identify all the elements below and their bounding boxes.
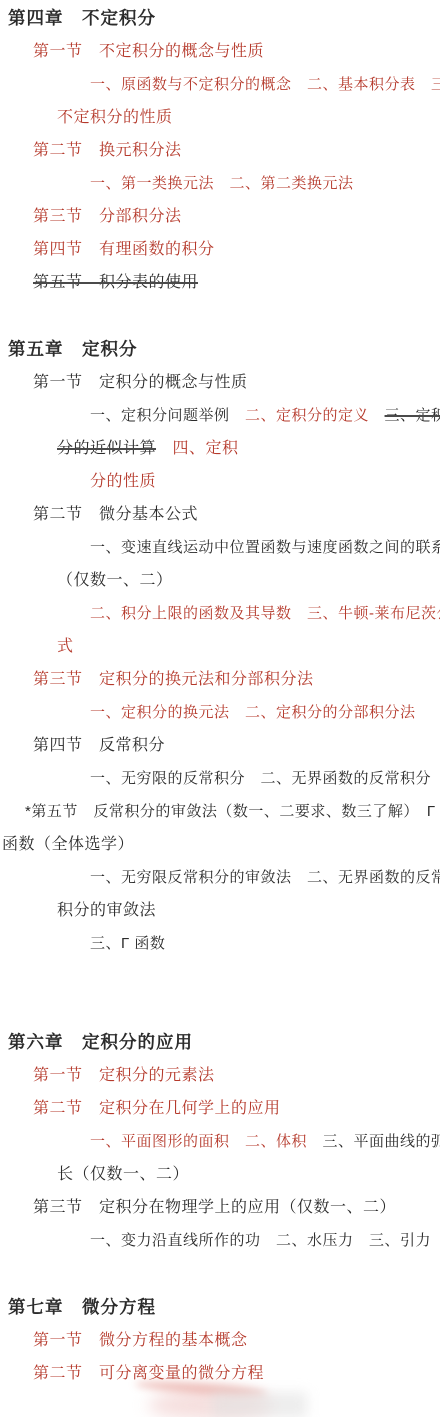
text-segment: 第二节 定积分在几何学上的应用	[33, 1100, 281, 1117]
text-segment: 第四节 反常积分	[33, 737, 165, 754]
text-segment: 积分的审敛法	[57, 902, 156, 919]
toc-line: 一、第一类换元法 二、第二类换元法	[0, 167, 440, 200]
text-segment: 第五节 积分表的使用	[33, 274, 198, 291]
text-segment: 四、定积	[156, 440, 239, 457]
toc-line: *第五节 反常积分的审敛法（数一、二要求、数三了解） Γ	[0, 795, 440, 828]
text-segment: 不定积分的性质	[57, 109, 173, 126]
text-segment: *第五节 反常积分的审敛法（数一、二要求、数三了解） Γ	[25, 803, 436, 820]
text-segment: 一、第一类换元法 二、第二类换元法	[90, 175, 354, 192]
toc-line: 函数（全体选学）	[0, 828, 440, 861]
toc-line: 第五节 积分表的使用	[0, 266, 440, 299]
text-segment: 三、定积	[385, 407, 440, 424]
toc-line: 一、无穷限反常积分的审敛法 二、无界函数的反常	[0, 861, 440, 894]
text-segment: 一、平面图形的面积 二、体积	[90, 1133, 307, 1150]
toc-line: （仅数一、二）	[0, 564, 440, 597]
toc-line: 第一节 定积分的元素法	[0, 1059, 440, 1092]
text-segment: 三、Γ 函数	[90, 935, 165, 952]
toc-line: 第二节 可分离变量的微分方程	[0, 1357, 440, 1390]
text-segment: 三、平面曲线的弧	[307, 1133, 440, 1150]
chapter-heading: 第七章 微分方程	[0, 1291, 440, 1324]
text-segment: （仅数一、二）	[57, 572, 173, 589]
text-segment: 第三节 分部积分法	[33, 208, 182, 225]
text-segment: 第七章 微分方程	[8, 1297, 156, 1317]
chapter-heading: 第五章 定积分	[0, 333, 440, 366]
toc-line: 第三节 定积分的换元法和分部积分法	[0, 663, 440, 696]
chapter-heading: 第四章 不定积分	[0, 2, 440, 35]
toc-line: 第一节 不定积分的概念与性质	[0, 35, 440, 68]
toc-line: 一、变速直线运动中位置函数与速度函数之间的联系	[0, 531, 440, 564]
text-segment: 长（仅数一、二）	[57, 1166, 189, 1183]
toc-line: 三、Γ 函数	[0, 927, 440, 960]
toc-line: 一、定积分的换元法 二、定积分的分部积分法	[0, 696, 440, 729]
toc-line: 第二节 微分基本公式	[0, 498, 440, 531]
text-segment: 第四章 不定积分	[8, 8, 156, 28]
toc-line: 第四节 反常积分	[0, 729, 440, 762]
toc-line: 一、无穷限的反常积分 二、无界函数的反常积分	[0, 762, 440, 795]
text-segment: 一、变力沿直线所作的功 二、水压力 三、引力	[90, 1232, 431, 1249]
toc-line: 长（仅数一、二）	[0, 1158, 440, 1191]
toc-line: 不定积分的性质	[0, 101, 440, 134]
text-segment: 第三节 定积分在物理学上的应用（仅数一、二）	[33, 1199, 396, 1216]
toc-line: 第一节 定积分的概念与性质	[0, 366, 440, 399]
text-segment: 第三节 定积分的换元法和分部积分法	[33, 671, 314, 688]
text-segment: 第一节 定积分的元素法	[33, 1067, 215, 1084]
toc-line: 第三节 分部积分法	[0, 200, 440, 233]
toc-line: 第二节 换元积分法	[0, 134, 440, 167]
text-segment: 一、无穷限反常积分的审敛法 二、无界函数的反常	[90, 869, 440, 886]
text-segment: 一、定积分问题举例	[90, 407, 245, 424]
toc-line: 分的近似计算 四、定积	[0, 432, 440, 465]
text-segment: 式	[57, 638, 74, 655]
text-segment: 第一节 不定积分的概念与性质	[33, 43, 264, 60]
toc-line: 积分的审敛法	[0, 894, 440, 927]
toc-line: 一、原函数与不定积分的概念 二、基本积分表 三、	[0, 68, 440, 101]
text-segment: 一、原函数与不定积分的概念 二、基本积分表 三、	[90, 76, 440, 93]
text-segment: 第一节 定积分的概念与性质	[33, 374, 248, 391]
watermark-smudge-gray	[212, 1392, 307, 1417]
text-segment: 第四节 有理函数的积分	[33, 241, 215, 258]
toc-line: 式	[0, 630, 440, 663]
text-segment: 一、变速直线运动中位置函数与速度函数之间的联系	[90, 539, 440, 556]
toc-line: 一、平面图形的面积 二、体积 三、平面曲线的弧	[0, 1125, 440, 1158]
toc-line: 第三节 定积分在物理学上的应用（仅数一、二）	[0, 1191, 440, 1224]
toc-line: 一、定积分问题举例 二、定积分的定义 三、定积	[0, 399, 440, 432]
text-segment: 分的性质	[90, 473, 156, 490]
table-of-contents: 第四章 不定积分第一节 不定积分的概念与性质一、原函数与不定积分的概念 二、基本…	[0, 2, 440, 1390]
toc-line: 分的性质	[0, 465, 440, 498]
toc-line: 第二节 定积分在几何学上的应用	[0, 1092, 440, 1125]
text-segment	[369, 407, 385, 424]
toc-line: 二、积分上限的函数及其导数 三、牛顿-莱布尼茨公	[0, 597, 440, 630]
text-segment: 分的近似计算	[57, 440, 156, 457]
text-segment: 第二节 换元积分法	[33, 142, 182, 159]
chapter-heading: 第六章 定积分的应用	[0, 1026, 440, 1059]
text-segment: 一、无穷限的反常积分 二、无界函数的反常积分	[90, 770, 431, 787]
text-segment: 第二节 可分离变量的微分方程	[33, 1365, 264, 1382]
toc-line: 一、变力沿直线所作的功 二、水压力 三、引力	[0, 1224, 440, 1257]
text-segment: 第二节 微分基本公式	[33, 506, 198, 523]
toc-line: 第一节 微分方程的基本概念	[0, 1324, 440, 1357]
text-segment: 第五章 定积分	[8, 339, 138, 359]
text-segment: 第一节 微分方程的基本概念	[33, 1332, 248, 1349]
text-segment: 第六章 定积分的应用	[8, 1032, 193, 1052]
text-segment: 二、积分上限的函数及其导数 三、牛顿-莱布尼茨公	[90, 605, 440, 622]
watermark-smudge-blob	[148, 1390, 273, 1417]
text-segment: 一、定积分的换元法 二、定积分的分部积分法	[90, 704, 416, 721]
toc-line: 第四节 有理函数的积分	[0, 233, 440, 266]
text-segment: 二、定积分的定义	[245, 407, 369, 424]
text-segment: 函数（全体选学）	[2, 836, 134, 853]
